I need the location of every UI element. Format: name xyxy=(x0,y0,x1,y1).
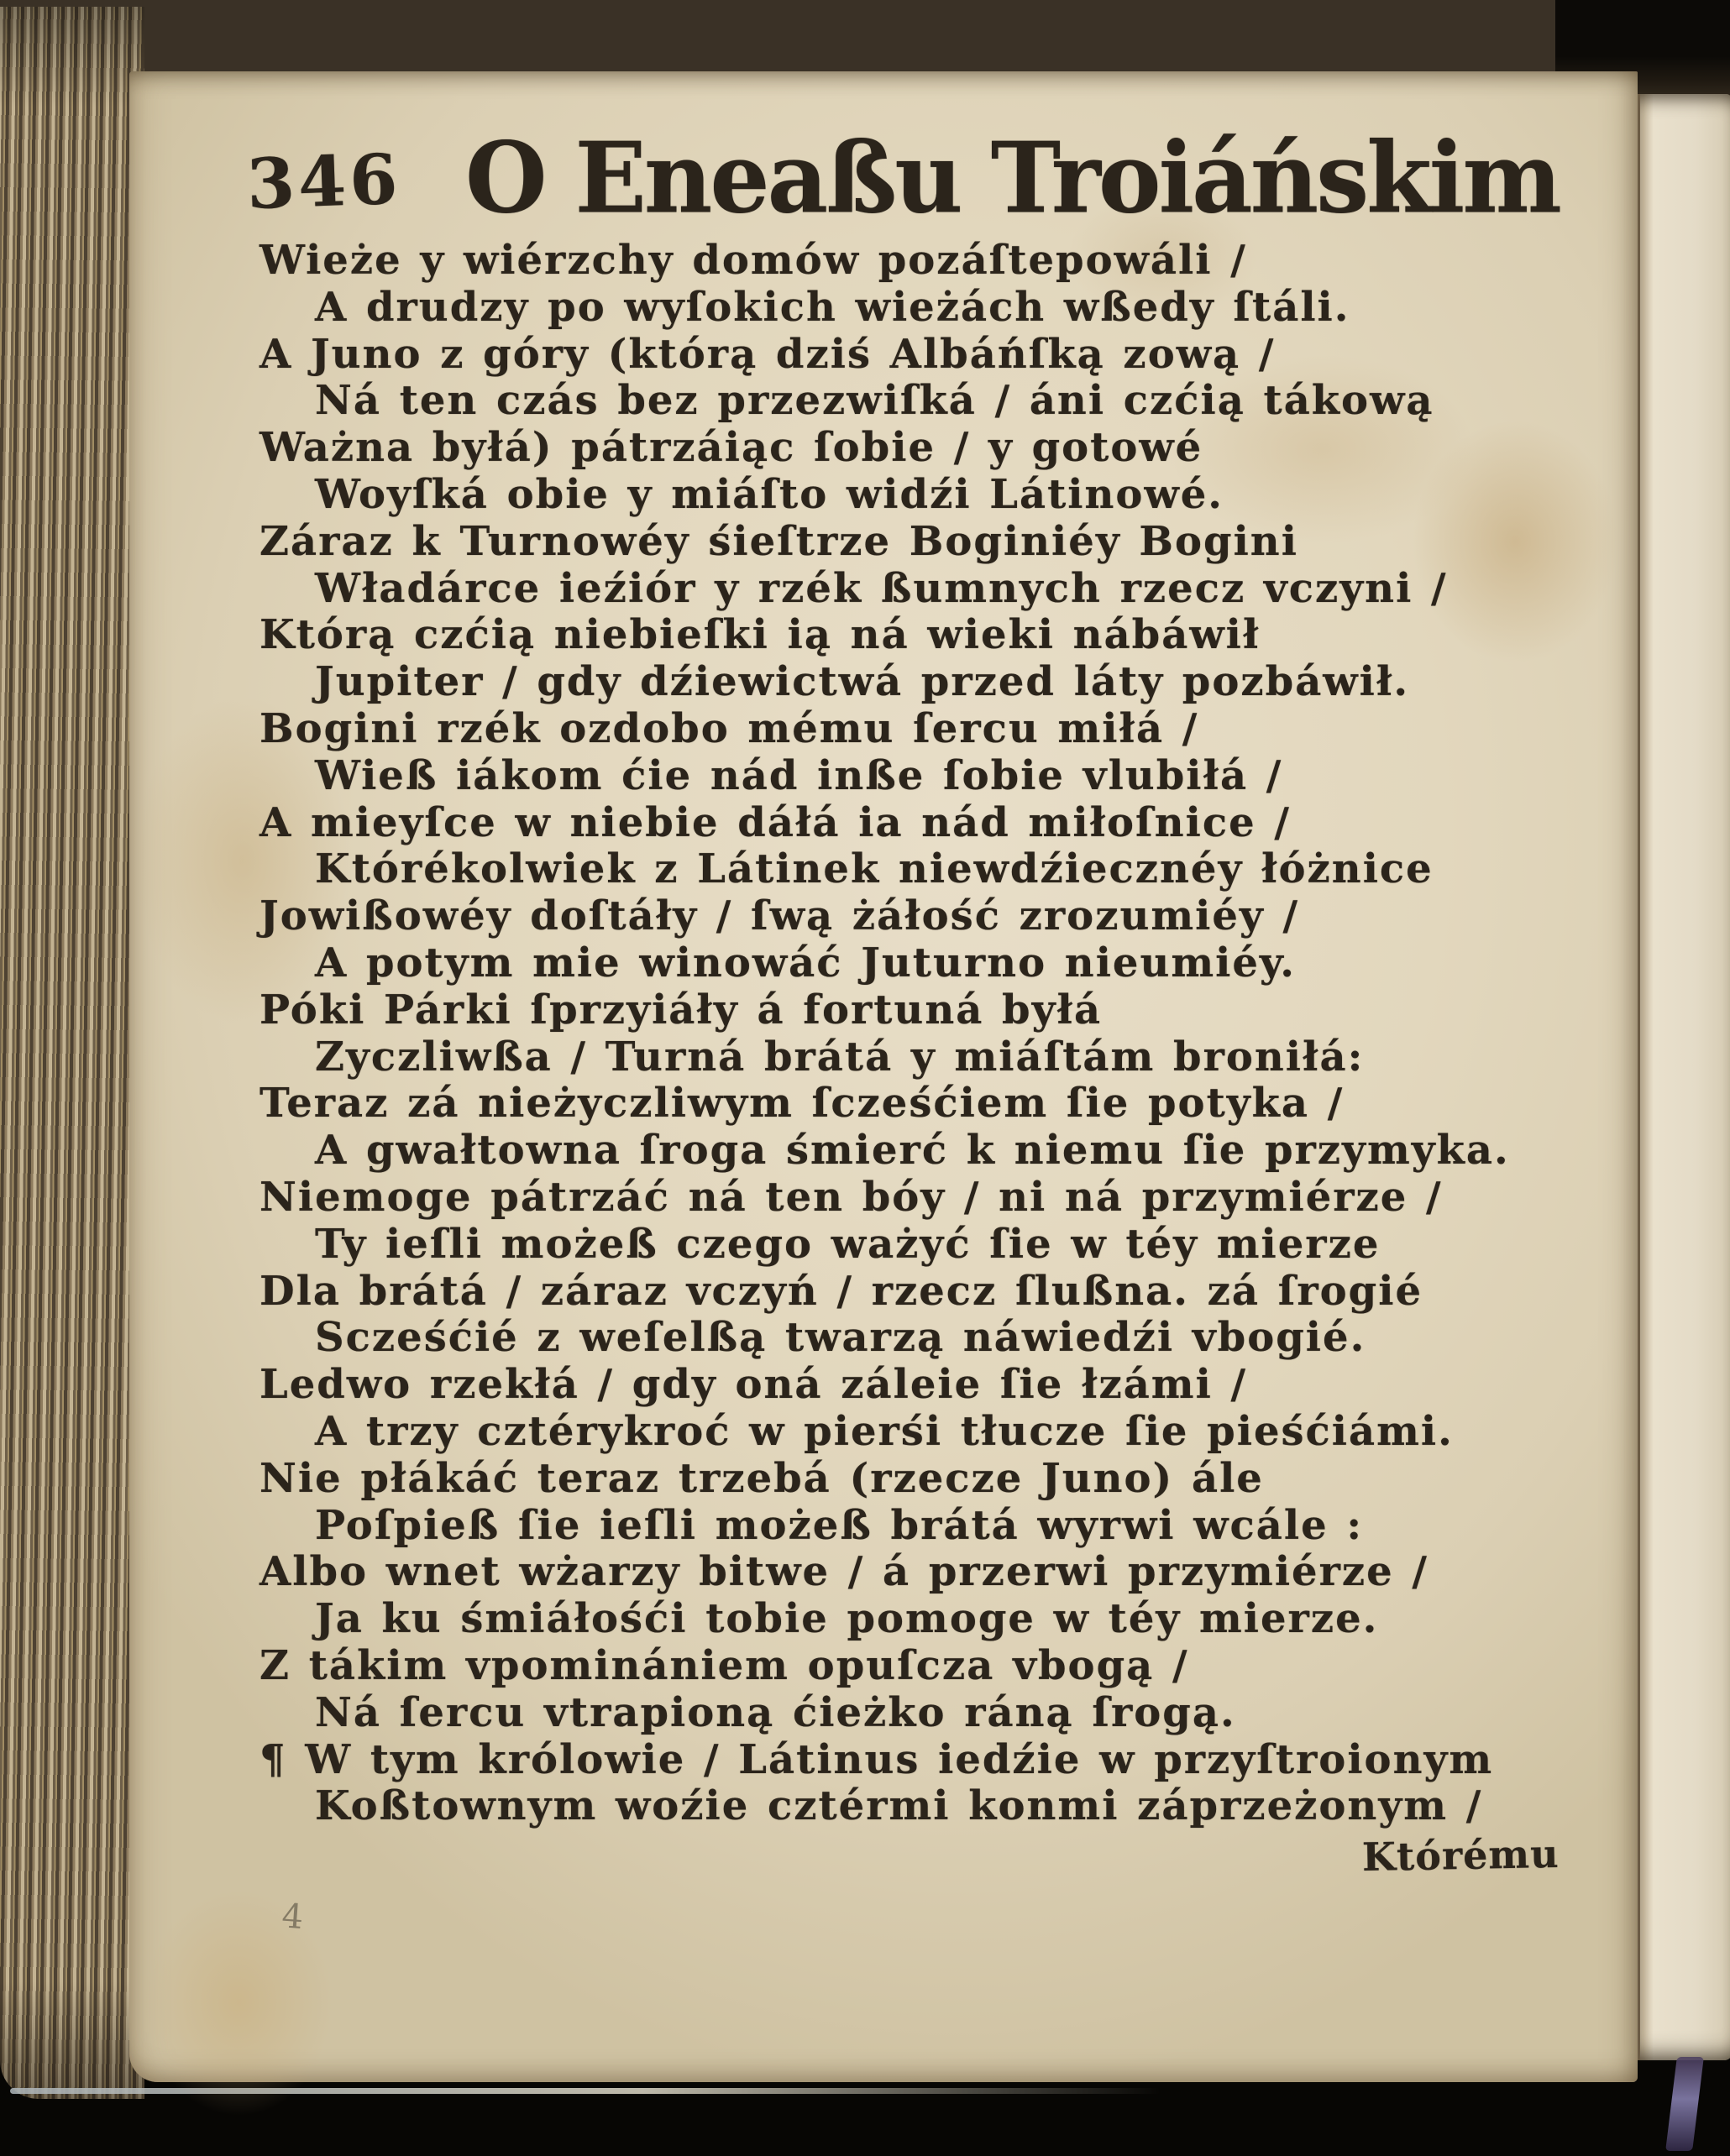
poem-line: A Juno z góry (którą dziś Albáńſką zową … xyxy=(259,332,1570,379)
poem-line: Bogini rzék ozdobo mému ſercu miłá / xyxy=(259,706,1570,753)
poem-line: Ja ku śmiáłośći tobie pomoge w téy mierz… xyxy=(259,1596,1570,1643)
poem-line: Ná ſercu vtrapioną ćieżko ráną ſrogą. xyxy=(259,1690,1570,1737)
poem-line: Koßtownym woźie cztérmi konmi záprzeżony… xyxy=(259,1783,1570,1830)
poem-line: Ledwo rzekłá / gdy oná záleie ſie łzámi … xyxy=(259,1362,1570,1409)
poem-line: Póki Párki ſprzyiáły á fortuná byłá xyxy=(259,987,1570,1034)
paper-stain xyxy=(113,1851,364,2153)
poem-line: Władárce ieźiór y rzék ßumnych rzecz vcz… xyxy=(259,566,1570,613)
poem-text: Wieże y wiérzchy domów pozáſtepowáli /A … xyxy=(259,238,1570,1830)
poem-line: Ná ten czás bez przezwiſká / áni czćią t… xyxy=(259,378,1570,425)
poem-line: Teraz zá nieżyczliwym ſcześćiem ſie poty… xyxy=(259,1081,1570,1128)
poem-line: Woyſká obie y miáſto widźi Látinowé. xyxy=(259,472,1570,519)
poem-line: A gwałtowna ſroga śmierć k niemu ſie prz… xyxy=(259,1128,1570,1175)
poem-line: Záraz k Turnowéy śieſtrze Boginiéy Bogin… xyxy=(259,519,1570,566)
poem-line: A drudzy po wyſokich wieżách wßedy ſtáli… xyxy=(259,285,1570,332)
poem-line: Którą czćią niebieſki ią ná wieki nábáwi… xyxy=(259,612,1570,659)
poem-line: A trzy cztérykroć w pierśi tłucze ſie pi… xyxy=(259,1409,1570,1456)
book-page-edges-top xyxy=(0,0,1601,77)
book-scan-photo: 4 346 O Eneaßu Troiáńskim Wieże y wiérzc… xyxy=(0,0,1730,2156)
catchword: Którému xyxy=(1362,1831,1560,1880)
poem-line: Jupiter / gdy dźiewictwá przed láty pozb… xyxy=(259,659,1570,706)
poem-line: Którékolwiek z Látinek niewdźiecznéy łóż… xyxy=(259,846,1570,893)
poem-line: Wieß iákom ćie nád inße ſobie vlubiłá / xyxy=(259,753,1570,800)
poem-line: Zyczliwßa / Turná brátá y miáſtám bronił… xyxy=(259,1034,1570,1081)
poem-line: Niemoge pátrzáć ná ten bóy / ni ná przym… xyxy=(259,1175,1570,1222)
poem-line: Dla brátá / záraz vczyń / rzecz ſlußna. … xyxy=(259,1269,1570,1316)
poem-line: Nie płákáć teraz trzebá (rzecze Juno) ál… xyxy=(259,1456,1570,1503)
poem-line: Albo wnet wżarzy bitwe / á przerwi przym… xyxy=(259,1549,1570,1596)
underlying-page-edge xyxy=(10,2088,1161,2094)
poem-line: ¶ W tym królowie / Látinus iedźie w przy… xyxy=(259,1737,1570,1784)
poem-line: Scześćié z weſelßą twarzą náwiedźi vbogi… xyxy=(259,1315,1570,1362)
poem-line: Ważna byłá) pátrzáiąc ſobie / y gotowé xyxy=(259,425,1570,472)
poem-line: Ty ieſli możeß czego ważyć ſie w téy mie… xyxy=(259,1222,1570,1269)
poem-line: Wieże y wiérzchy domów pozáſtepowáli / xyxy=(259,238,1570,285)
poem-line: Z tákim vpominániem opuſcza vbogą / xyxy=(259,1643,1570,1690)
scanned-page: 4 346 O Eneaßu Troiáńskim Wieże y wiérzc… xyxy=(129,71,1638,2082)
poem-line: Poſpieß ſie ieſli możeß brátá wyrwi wcál… xyxy=(259,1503,1570,1550)
poem-line: Jowißowéy doſtáły / ſwą żáłość zrozumiéy… xyxy=(259,893,1570,940)
handwritten-mark: 4 xyxy=(275,1897,305,2023)
running-title: O Eneaßu Troiáńskim xyxy=(465,121,1456,235)
facing-page-edge xyxy=(1638,94,1730,2060)
poem-line: A mieyſce w niebie dáłá ia nád miłoſnice… xyxy=(259,800,1570,847)
bookmark-ribbon xyxy=(1665,2057,1704,2151)
poem-line: A potym mie winowáć Juturno nieumiéy. xyxy=(259,940,1570,987)
page-number: 346 xyxy=(245,139,401,225)
book-page-edges-left xyxy=(0,7,144,2099)
